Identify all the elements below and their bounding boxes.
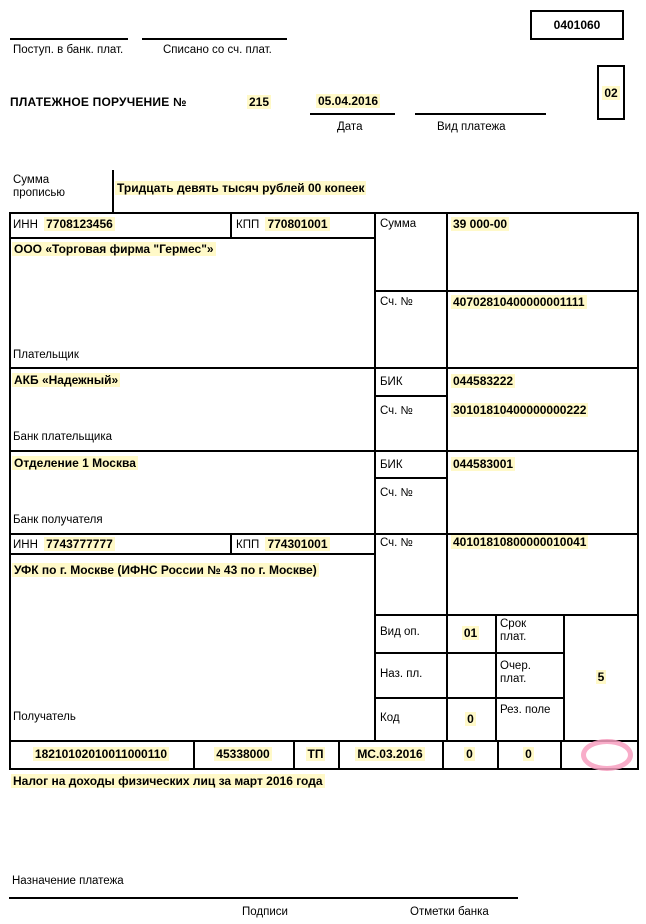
payee-inn-kpp-divider [230, 533, 232, 553]
tax-period-value: МС.03.2016 [355, 747, 424, 761]
date-label: Дата [337, 121, 362, 134]
op-row-line-1 [374, 652, 565, 654]
sum-label: Сумма [380, 218, 416, 231]
received-label: Поступ. в банк. плат. [13, 44, 123, 57]
table-line-payerbank-bottom [9, 450, 639, 452]
doc-date-value: 0 [523, 747, 534, 761]
payer-name: ООО «Торговая фирма "Гермес"» [12, 242, 216, 256]
payee-inn-row: ИНН 7743777777 [13, 537, 115, 552]
payer-section-label: Плательщик [13, 349, 79, 362]
payment-basis-value: ТП [306, 747, 326, 761]
signatures-label: Подписи [242, 906, 288, 919]
payer-kpp-row: КПП 770801001 [236, 217, 330, 232]
table-left-border [9, 212, 11, 770]
bik2-account-line [374, 477, 448, 479]
payment-order-form: 0401060 Поступ. в банк. плат. Списано со… [0, 0, 646, 924]
payee-bank-section-label: Банк получателя [13, 514, 103, 527]
code-cell: 0 [448, 697, 493, 740]
table-right-border [637, 212, 639, 770]
table-line-top [9, 212, 639, 214]
main-column-divider [374, 212, 376, 740]
payer-account-label: Сч. № [380, 296, 413, 309]
label-value-divider [446, 212, 448, 740]
payer-kpp-value: 770801001 [265, 217, 329, 231]
debited-label: Списано со сч. плат. [163, 44, 272, 57]
payee-inn-value: 7743777777 [44, 537, 115, 551]
order-value: 5 [596, 670, 607, 684]
payer-status-box: 02 [597, 65, 625, 120]
due-date-label: Срок плат. [500, 618, 555, 644]
debited-line [142, 38, 287, 40]
bank-marks-label: Отметки банка [410, 906, 489, 919]
op-type-value: 01 [462, 626, 479, 640]
table-line-payer-bottom [9, 367, 639, 369]
payer-bank-bik-label: БИК [380, 376, 403, 389]
payer-kpp-label: КПП [236, 219, 259, 231]
form-code-box: 0401060 [530, 10, 624, 40]
payee-inn-kpp-line [9, 553, 376, 555]
payer-bank-section-label: Банк плательщика [13, 431, 112, 444]
op-type-label: Вид оп. [380, 626, 420, 639]
payer-bank-account-label: Сч. № [380, 405, 413, 418]
payee-kpp-label: КПП [236, 539, 259, 551]
payee-inn-label: ИНН [13, 539, 38, 551]
purpose-text: Налог на доходы физических лиц за март 2… [11, 774, 325, 788]
bik1-account-line [374, 395, 448, 397]
amount-in-words: Тридцать девять тысяч рублей 00 копеек [115, 181, 366, 195]
inn-kpp-row-line [9, 237, 376, 239]
highlight-circle [581, 739, 633, 771]
form-title: ПЛАТЕЖНОЕ ПОРУЧЕНИЕ № [10, 96, 187, 109]
purpose-code-label: Наз. пл. [380, 668, 422, 681]
tax-period-cell: МС.03.2016 [338, 740, 442, 768]
code-label: Код [380, 712, 400, 725]
document-date: 05.04.2016 [316, 94, 380, 108]
kbk-value: 18210102010011000110 [33, 747, 169, 761]
payee-bank-account-label: Сч. № [380, 487, 413, 500]
payer-inn-row: ИНН 7708123456 [13, 217, 115, 232]
purpose-section-label: Назначение платежа [12, 875, 124, 888]
payee-bank-bik-label: БИК [380, 459, 403, 472]
payee-section-label: Получатель [13, 711, 76, 724]
order-label: Очер. плат. [500, 660, 555, 686]
payer-status: 02 [602, 86, 619, 100]
payer-inn-value: 7708123456 [44, 217, 115, 231]
payer-account-value: 40702810400000001111 [451, 295, 587, 309]
kbk-cell: 18210102010011000110 [9, 740, 193, 768]
op-type-cell: 01 [448, 614, 493, 652]
payee-name: УФК по г. Москве (ИФНС России № 43 по г.… [12, 563, 319, 577]
reserve-label: Рез. поле [500, 704, 555, 717]
table-line-taxrow-bottom [9, 768, 639, 770]
payment-basis-cell: ТП [293, 740, 338, 768]
payer-inn-label: ИНН [13, 219, 38, 231]
code-value: 0 [465, 712, 476, 726]
doc-date-cell: 0 [497, 740, 560, 768]
date-underline [310, 113, 395, 115]
payment-type-label: Вид платежа [437, 121, 506, 134]
sum-value: 39 000-00 [451, 217, 509, 231]
amount-words-divider [112, 170, 114, 212]
payee-account-label: Сч. № [380, 537, 413, 550]
payee-kpp-row: КПП 774301001 [236, 537, 330, 552]
payee-kpp-value: 774301001 [265, 537, 329, 551]
amount-in-words-label: Сумма прописью [13, 174, 83, 200]
form-code: 0401060 [554, 18, 601, 32]
payment-type-underline [415, 113, 546, 115]
purpose-underline [9, 897, 518, 899]
payee-bank-bik-value: 044583001 [451, 457, 515, 471]
oktmo-value: 45338000 [214, 747, 271, 761]
payer-bank-name: АКБ «Надежный» [12, 373, 120, 387]
received-line [10, 38, 128, 40]
doc-number-cell: 0 [442, 740, 497, 768]
document-number: 215 [247, 95, 271, 109]
payer-inn-kpp-divider [230, 212, 232, 237]
opgrid-divider-1 [495, 614, 497, 740]
sum-account-line [374, 290, 639, 292]
doc-number-value: 0 [464, 747, 475, 761]
payer-bank-bik-value: 044583222 [451, 374, 515, 388]
payer-bank-account-value: 30101810400000000222 [451, 403, 588, 417]
payee-bank-name: Отделение 1 Москва [12, 456, 138, 470]
oktmo-cell: 45338000 [193, 740, 293, 768]
order-cell: 5 [565, 614, 637, 740]
payee-account-value: 40101810800000010041 [451, 535, 588, 549]
